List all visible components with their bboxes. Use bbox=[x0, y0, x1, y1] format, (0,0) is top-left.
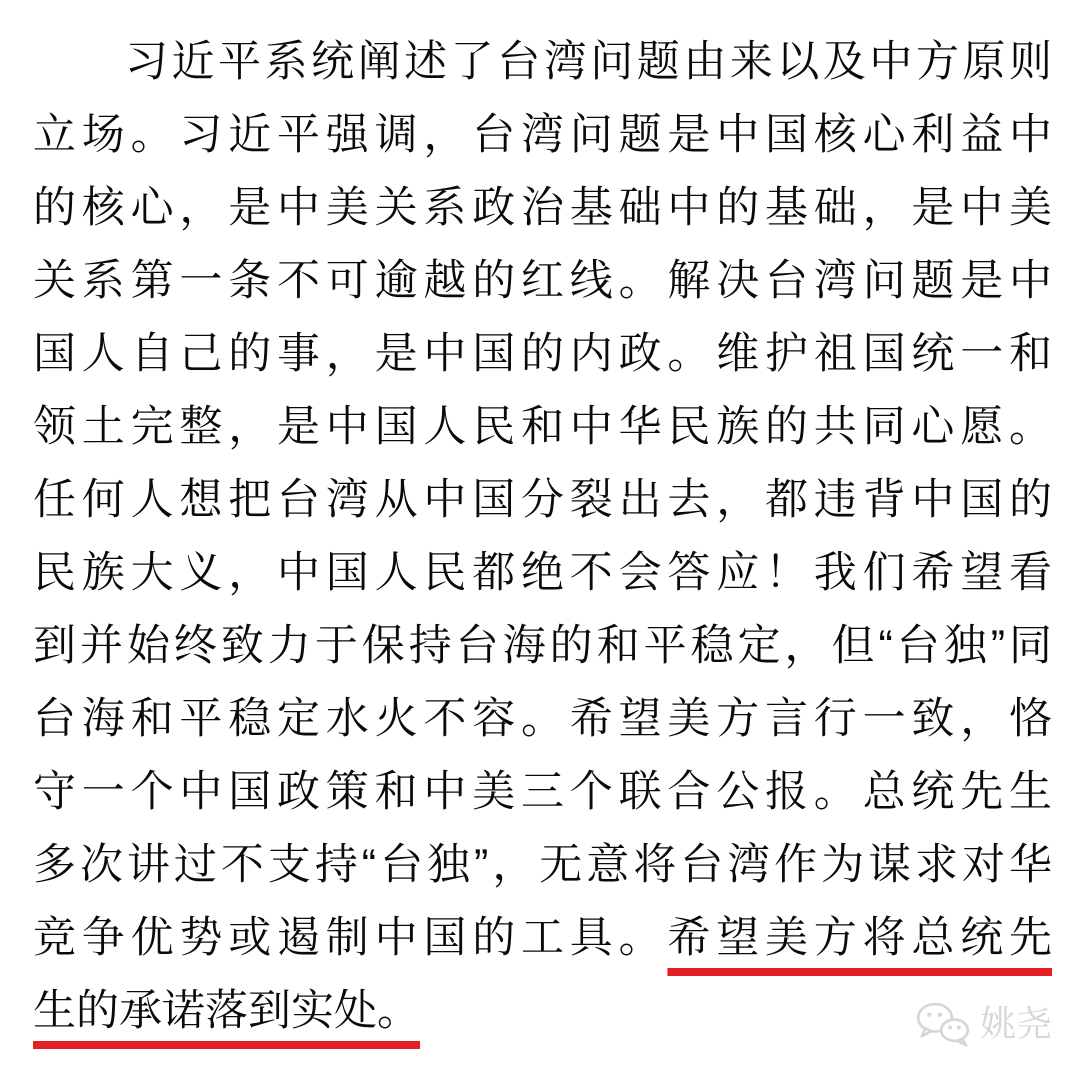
watermark-label: 姚尧 bbox=[980, 1006, 1052, 1042]
article-text: 习近平系统阐述了台湾问题由来以及中方原则立场。习近平强调，台湾问题是中国核心利益… bbox=[0, 0, 1080, 1048]
text-line: 竞争优势或遏制中国的工具。希望美方将总统先 bbox=[33, 902, 1052, 975]
text-line: 习近平系统阐述了台湾问题由来以及中方原则 bbox=[33, 26, 1052, 99]
article-page: 习近平系统阐述了台湾问题由来以及中方原则立场。习近平强调，台湾问题是中国核心利益… bbox=[0, 0, 1080, 1071]
text-segment: 台海和平稳定水火不容。希望美方言行一致，恪 bbox=[33, 695, 1052, 743]
text-line: 生的承诺落到实处。 bbox=[33, 975, 1052, 1048]
text-segment: 守一个中国政策和中美三个联合公报。总统先生 bbox=[33, 768, 1052, 816]
text-segment: 竞争优势或遏制中国的工具。 bbox=[33, 914, 667, 962]
text-line: 领土完整，是中国人民和中华民族的共同心愿。 bbox=[33, 391, 1052, 464]
text-segment: 关系第一条不可逾越的红线。解决台湾问题是中 bbox=[33, 257, 1052, 305]
text-line: 到并始终致力于保持台海的和平稳定，但“台独”同 bbox=[33, 610, 1052, 683]
text-segment: 的核心，是中美关系政治基础中的基础，是中美 bbox=[33, 184, 1052, 232]
text-segment: 领土完整，是中国人民和中华民族的共同心愿。 bbox=[33, 403, 1052, 451]
text-segment: 任何人想把台湾从中国分裂出去，都违背中国的 bbox=[33, 476, 1052, 524]
text-line: 守一个中国政策和中美三个联合公报。总统先生 bbox=[33, 756, 1052, 829]
text-segment: 习近平系统阐述了台湾问题由来以及中方原则 bbox=[125, 38, 1052, 86]
text-segment: 民族大义，中国人民都绝不会答应！我们希望看 bbox=[33, 549, 1052, 597]
wechat-logo-icon bbox=[914, 1001, 972, 1047]
text-line: 国人自己的事，是中国的内政。维护祖国统一和 bbox=[33, 318, 1052, 391]
text-segment: 立场。习近平强调，台湾问题是中国核心利益中 bbox=[33, 111, 1052, 159]
watermark: 姚尧 bbox=[914, 1001, 1052, 1047]
text-line: 任何人想把台湾从中国分裂出去，都违背中国的 bbox=[33, 464, 1052, 537]
red-underlined-text: 希望美方将总统先 bbox=[667, 914, 1052, 962]
text-line: 立场。习近平强调，台湾问题是中国核心利益中 bbox=[33, 99, 1052, 172]
text-line: 民族大义，中国人民都绝不会答应！我们希望看 bbox=[33, 537, 1052, 610]
text-segment: 到并始终致力于保持台海的和平稳定，但“台独”同 bbox=[33, 622, 1052, 670]
text-line: 台海和平稳定水火不容。希望美方言行一致，恪 bbox=[33, 683, 1052, 756]
text-line: 多次讲过不支持“台独”，无意将台湾作为谋求对华 bbox=[33, 829, 1052, 902]
text-line: 的核心，是中美关系政治基础中的基础，是中美 bbox=[33, 172, 1052, 245]
text-segment: 多次讲过不支持“台独”，无意将台湾作为谋求对华 bbox=[33, 841, 1052, 889]
text-segment: 国人自己的事，是中国的内政。维护祖国统一和 bbox=[33, 330, 1052, 378]
text-line: 关系第一条不可逾越的红线。解决台湾问题是中 bbox=[33, 245, 1052, 318]
red-underlined-text: 生的承诺落到实处。 bbox=[33, 987, 420, 1035]
